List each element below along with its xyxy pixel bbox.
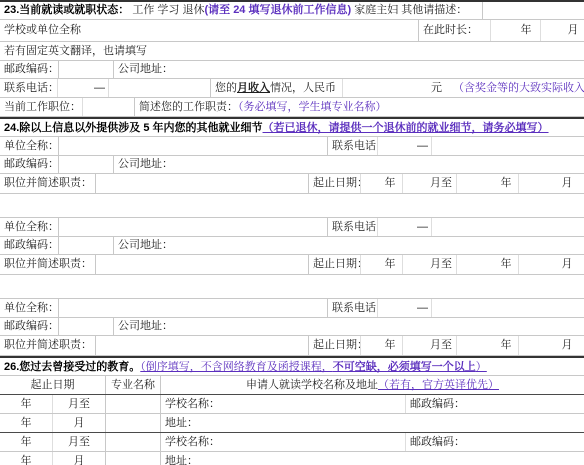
education-month-to-unit: 月至 bbox=[52, 433, 105, 451]
education-postcode-label: 邮政编码： bbox=[405, 433, 463, 451]
income-label: 您的月收入情况，人民币 bbox=[210, 79, 342, 97]
employment-from-year-unit: 年 bbox=[378, 174, 402, 193]
employment-from-year-unit: 年 bbox=[378, 255, 402, 274]
org-name-row: 学校或单位全称 在此时长： 年 月 bbox=[0, 20, 584, 42]
employment-duty-input[interactable] bbox=[95, 255, 308, 274]
education-to-month-unit: 月 bbox=[52, 414, 105, 432]
employment-block-3: 单位全称： 联系电话 — 邮政编码： 公司地址： 职位并简述职责： 起止日期： … bbox=[0, 299, 584, 356]
employment-duty-input[interactable] bbox=[95, 336, 308, 355]
education-table-header-row: 起止日期 专业名称 申请人就读学校名称及地址（若有，官方英译优先） bbox=[0, 376, 584, 395]
education-entry-2: 年 月至 学校名称： 邮政编码： 年 月 地址： bbox=[0, 433, 584, 465]
section24-heading: 24.除以上信息以外提供涉及 5 年内您的其他就业细节（若已退休，请提供一个退休… bbox=[0, 119, 584, 136]
employment-month-to-unit: 月至 bbox=[426, 255, 456, 274]
employment-duty-row: 职位并简述职责： 起止日期： 年 月至 年 月 bbox=[0, 255, 584, 275]
employment-postcode-label: 邮政编码： bbox=[0, 237, 58, 254]
employment-from-month-input[interactable] bbox=[402, 174, 426, 193]
education-school-name-input[interactable]: 学校名称： bbox=[160, 433, 405, 451]
employment-phone-number-input[interactable] bbox=[431, 218, 584, 236]
employment-postcode-row: 邮政编码： 公司地址： bbox=[0, 318, 584, 336]
income-unit: 元 bbox=[427, 79, 449, 97]
postcode-input[interactable] bbox=[58, 61, 113, 78]
employment-address-input[interactable]: 公司地址： bbox=[113, 318, 584, 335]
employment-duty-label: 职位并简述职责： bbox=[0, 255, 95, 274]
employment-spacer bbox=[0, 194, 584, 217]
employment-to-year-input[interactable] bbox=[456, 255, 494, 274]
section24-header-row: 24.除以上信息以外提供涉及 5 年内您的其他就业细节（若已退休，请提供一个退休… bbox=[0, 117, 584, 137]
employment-to-year-input[interactable] bbox=[456, 336, 494, 355]
employment-postcode-label: 邮政编码： bbox=[0, 318, 58, 335]
section23-status-options-tail: 家庭主妇 其他请描述： bbox=[351, 4, 467, 16]
education-col-dates: 起止日期 bbox=[0, 376, 105, 394]
section23-status-options: 工作 学习 退休 bbox=[129, 4, 204, 16]
section23-header-row: 23.当前就读或就职状态： 工作 学习 退休(请至 24 填写退休前工作信息) … bbox=[0, 2, 584, 20]
section26-note-emph: 不可空缺，必须填写一个以上 bbox=[333, 361, 476, 373]
duration-month-unit: 月 bbox=[562, 20, 584, 41]
employment-dates-label: 起止日期： bbox=[308, 255, 360, 274]
phone-label: 联系电话： bbox=[0, 79, 57, 97]
education-to-month-unit: 月 bbox=[52, 452, 105, 465]
employment-postcode-input[interactable] bbox=[58, 318, 113, 335]
status-other-description-input[interactable] bbox=[482, 2, 584, 19]
duration-label: 在此时长： bbox=[418, 20, 490, 41]
org-name-input[interactable]: 学校或单位全称 bbox=[0, 20, 418, 41]
employment-from-year-input[interactable] bbox=[360, 336, 378, 355]
employment-spacer-row bbox=[0, 194, 584, 218]
duty-note: （务必填写，学生填专业名称） bbox=[238, 101, 387, 113]
employment-postcode-label: 邮政编码： bbox=[0, 156, 58, 173]
employment-to-year-unit: 年 bbox=[494, 174, 518, 193]
education-from-year-unit: 年 bbox=[0, 395, 52, 413]
employment-address-input[interactable]: 公司地址： bbox=[113, 156, 584, 173]
phone-dash: — bbox=[90, 79, 108, 97]
employment-month-to-unit: 月至 bbox=[426, 336, 456, 355]
position-duty-row: 当前工作职位： 简述您的工作职责：（务必填写，学生填专业名称） bbox=[0, 98, 584, 117]
employment-duty-label: 职位并简述职责： bbox=[0, 336, 95, 355]
education-address-label: 地址： bbox=[165, 417, 198, 429]
education-school-row: 年 月至 学校名称： 邮政编码： bbox=[0, 433, 584, 452]
education-col-school-note: （若有，官方英译优先） bbox=[378, 379, 499, 391]
education-col-school-label: 申请人就读学校名称及地址 bbox=[246, 379, 378, 391]
section26-header-row: 26.您过去曾接受过的教育。（倒序填写，不含网络教育及函授课程，不可空缺，必须填… bbox=[0, 356, 584, 376]
employment-to-month-input[interactable] bbox=[518, 336, 550, 355]
employment-to-month-unit: 月 bbox=[550, 255, 584, 274]
income-label-emph: 月收入 bbox=[237, 82, 270, 94]
education-school-name-label: 学校名称： bbox=[165, 436, 220, 448]
employment-address-label: 公司地址： bbox=[118, 320, 173, 332]
section23-retire-note: (请至 24 填写退休前工作信息) bbox=[204, 4, 351, 16]
employment-phone-area-input[interactable] bbox=[377, 218, 413, 236]
position-label: 当前工作职位： bbox=[0, 98, 82, 116]
employment-phone-dash: — bbox=[413, 137, 431, 155]
section24-retire-note: （若已退休，请提供一个退休前的就业细节，请务必填写） bbox=[263, 122, 549, 134]
education-col-school: 申请人就读学校名称及地址（若有，官方英译优先） bbox=[160, 376, 584, 394]
employment-block-1: 单位全称： 联系电话 — 邮政编码： 公司地址： 职位并简述职责： 起止日期： … bbox=[0, 137, 584, 218]
employment-phone-dash: — bbox=[413, 299, 431, 317]
employment-spacer bbox=[0, 275, 584, 298]
postcode-address-row: 邮政编码： 公司地址： bbox=[0, 61, 584, 79]
employment-duty-row: 职位并简述职责： 起止日期： 年 月至 年 月 bbox=[0, 174, 584, 194]
education-address-row: 年 月 地址： bbox=[0, 452, 584, 465]
employment-dates-label: 起止日期： bbox=[308, 336, 360, 355]
company-address-input[interactable]: 公司地址： bbox=[113, 61, 584, 78]
employment-to-month-input[interactable] bbox=[518, 255, 550, 274]
employment-from-year-input[interactable] bbox=[360, 255, 378, 274]
employment-phone-label: 联系电话 bbox=[327, 137, 377, 155]
employment-to-year-unit: 年 bbox=[494, 255, 518, 274]
duration-years-input[interactable] bbox=[490, 20, 512, 41]
employment-org-row: 单位全称： 联系电话 — bbox=[0, 137, 584, 156]
duration-year-unit: 年 bbox=[512, 20, 540, 41]
education-address-input[interactable]: 地址： bbox=[160, 414, 584, 432]
education-month-to-unit: 月至 bbox=[52, 395, 105, 413]
employment-org-label: 单位全称： bbox=[0, 299, 58, 317]
employment-from-year-input[interactable] bbox=[360, 174, 378, 193]
employment-org-input[interactable] bbox=[58, 137, 327, 155]
duration-months-input[interactable] bbox=[540, 20, 562, 41]
education-postcode-label: 邮政编码： bbox=[405, 395, 463, 413]
employment-address-label: 公司地址： bbox=[118, 239, 173, 251]
employment-duty-row: 职位并简述职责： 起止日期： 年 月至 年 月 bbox=[0, 336, 584, 356]
education-school-name-input[interactable]: 学校名称： bbox=[160, 395, 405, 413]
english-translation-note: 若有固定英文翻译，也请填写 bbox=[4, 45, 147, 57]
education-postcode-input[interactable] bbox=[463, 395, 584, 413]
employment-org-label: 单位全称： bbox=[0, 218, 58, 236]
employment-phone-label: 联系电话 bbox=[327, 218, 377, 236]
employment-duty-input[interactable] bbox=[95, 174, 308, 193]
employment-postcode-row: 邮政编码： 公司地址： bbox=[0, 237, 584, 255]
employment-phone-area-input[interactable] bbox=[377, 137, 413, 155]
employment-from-month-input[interactable] bbox=[402, 336, 426, 355]
education-address-input[interactable]: 地址： bbox=[160, 452, 584, 465]
education-major-input-2[interactable] bbox=[105, 414, 160, 432]
employment-phone-number-input[interactable] bbox=[431, 137, 584, 155]
english-translation-input[interactable]: 若有固定英文翻译，也请填写 bbox=[0, 42, 584, 60]
education-school-name-label: 学校名称： bbox=[165, 398, 220, 410]
employment-duty-label: 职位并简述职责： bbox=[0, 174, 95, 193]
employment-org-input[interactable] bbox=[58, 218, 327, 236]
income-label-prefix: 您的 bbox=[215, 82, 237, 94]
education-address-label: 地址： bbox=[165, 455, 198, 465]
income-amount-input[interactable] bbox=[342, 79, 427, 97]
employment-spacer-row bbox=[0, 275, 584, 299]
employment-postcode-row: 邮政编码： 公司地址： bbox=[0, 156, 584, 174]
education-major-input-2[interactable] bbox=[105, 452, 160, 465]
employment-postcode-input[interactable] bbox=[58, 237, 113, 254]
employment-to-month-unit: 月 bbox=[550, 174, 584, 193]
income-label-suffix: 情况，人民币 bbox=[270, 82, 336, 94]
section23-heading: 23.当前就读或就职状态： 工作 学习 退休(请至 24 填写退休前工作信息) … bbox=[0, 2, 482, 19]
education-from-year-unit: 年 bbox=[0, 433, 52, 451]
employment-from-month-input[interactable] bbox=[402, 255, 426, 274]
employment-org-row: 单位全称： 联系电话 — bbox=[0, 299, 584, 318]
employment-from-year-unit: 年 bbox=[378, 336, 402, 355]
employment-phone-number-input[interactable] bbox=[431, 299, 584, 317]
employment-address-label: 公司地址： bbox=[118, 158, 173, 170]
education-entry-1: 年 月至 学校名称： 邮政编码： 年 月 地址： bbox=[0, 395, 584, 433]
duty-input[interactable]: 简述您的工作职责：（务必填写，学生填专业名称） bbox=[134, 98, 584, 116]
education-to-year-unit: 年 bbox=[0, 452, 52, 465]
position-input[interactable] bbox=[82, 98, 134, 116]
education-major-input[interactable] bbox=[105, 395, 160, 413]
employment-phone-dash: — bbox=[413, 218, 431, 236]
english-translation-row: 若有固定英文翻译，也请填写 bbox=[0, 42, 584, 61]
org-name-label: 学校或单位全称 bbox=[4, 24, 81, 36]
employment-to-year-input[interactable] bbox=[456, 174, 494, 193]
education-col-major: 专业名称 bbox=[105, 376, 160, 394]
employment-address-input[interactable]: 公司地址： bbox=[113, 237, 584, 254]
section26-note-head: （倒序填写，不含网络教育及函授课程， bbox=[140, 361, 333, 373]
education-address-row: 年 月 地址： bbox=[0, 414, 584, 433]
employment-block-2: 单位全称： 联系电话 — 邮政编码： 公司地址： 职位并简述职责： 起止日期： … bbox=[0, 218, 584, 299]
section26-note-tail: ） bbox=[476, 361, 487, 373]
section23-number-title: 23.当前就读或就职状态： bbox=[4, 4, 129, 16]
employment-to-month-input[interactable] bbox=[518, 174, 550, 193]
company-address-label: 公司地址： bbox=[118, 63, 173, 75]
employment-org-row: 单位全称： 联系电话 — bbox=[0, 218, 584, 237]
employment-to-month-unit: 月 bbox=[550, 336, 584, 355]
duty-label: 简述您的工作职责： bbox=[139, 101, 238, 113]
section26-number-title: 26.您过去曾接受过的教育。 bbox=[4, 361, 140, 373]
employment-phone-area-input[interactable] bbox=[377, 299, 413, 317]
visa-info-form: 23.当前就读或就职状态： 工作 学习 退休(请至 24 填写退休前工作信息) … bbox=[0, 0, 584, 465]
income-note: （含奖金等的大致实际收入） bbox=[449, 79, 584, 97]
employment-to-year-unit: 年 bbox=[494, 336, 518, 355]
employment-org-input[interactable] bbox=[58, 299, 327, 317]
phone-number-input[interactable] bbox=[108, 79, 210, 97]
employment-org-label: 单位全称： bbox=[0, 137, 58, 155]
employment-phone-label: 联系电话 bbox=[327, 299, 377, 317]
employment-month-to-unit: 月至 bbox=[426, 174, 456, 193]
section24-number-title: 24.除以上信息以外提供涉及 5 年内您的其他就业细节 bbox=[4, 122, 263, 134]
education-school-row: 年 月至 学校名称： 邮政编码： bbox=[0, 395, 584, 414]
postcode-label: 邮政编码： bbox=[0, 61, 58, 78]
education-postcode-input[interactable] bbox=[463, 433, 584, 451]
employment-postcode-input[interactable] bbox=[58, 156, 113, 173]
education-to-year-unit: 年 bbox=[0, 414, 52, 432]
education-major-input[interactable] bbox=[105, 433, 160, 451]
section26-heading: 26.您过去曾接受过的教育。（倒序填写，不含网络教育及函授课程，不可空缺，必须填… bbox=[0, 358, 584, 375]
phone-income-row: 联系电话： — 您的月收入情况，人民币 元 （含奖金等的大致实际收入） bbox=[0, 79, 584, 98]
employment-dates-label: 起止日期： bbox=[308, 174, 360, 193]
phone-area-input[interactable] bbox=[57, 79, 90, 97]
